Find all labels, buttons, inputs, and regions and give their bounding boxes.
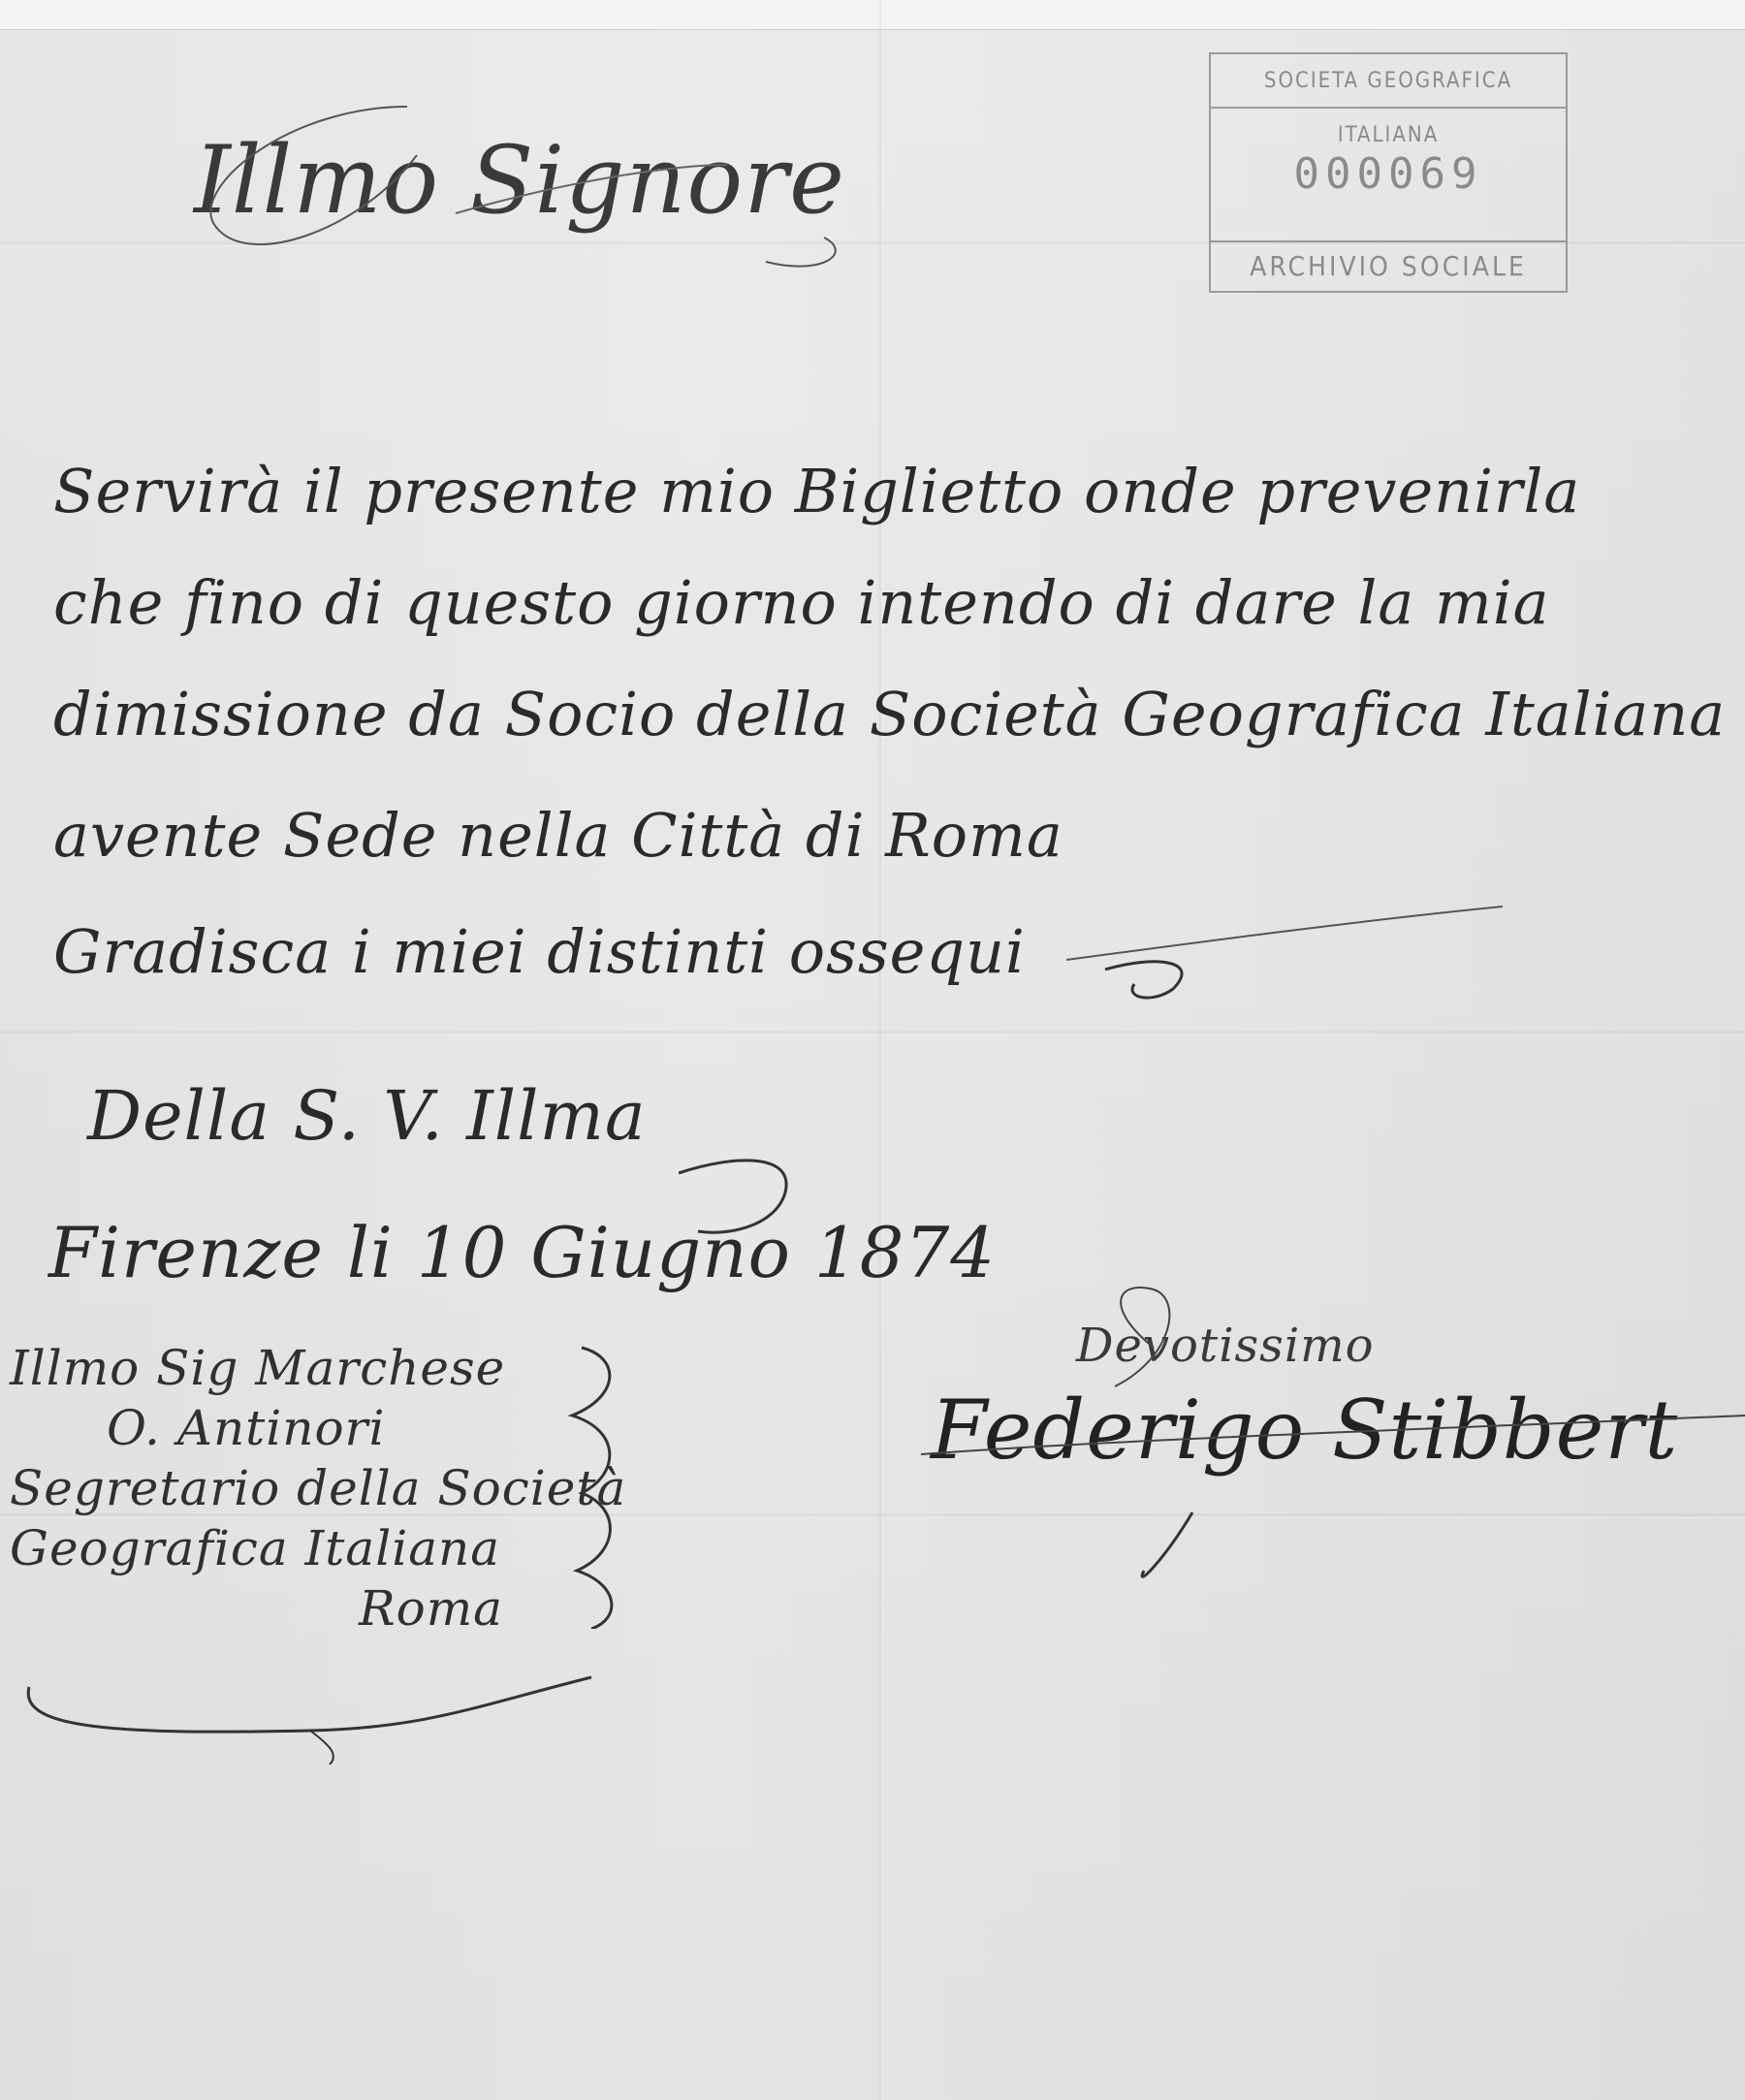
paper-top-edge (0, 0, 1745, 30)
address-underline-flourish-icon (19, 1648, 620, 1765)
salutation-flourish-icon (184, 68, 863, 301)
body-line-3: dimissione da Socio della Società Geogra… (53, 679, 1726, 749)
stamp-footer: ARCHIVIO SOCIALE (1211, 240, 1566, 291)
address-line-3: Segretario della Società (10, 1458, 553, 1518)
stamp-header: SOCIETA GEOGRAFICA ITALIANA (1211, 54, 1566, 109)
stamp-number: 000069 (1211, 109, 1566, 240)
fold-line (0, 1030, 1745, 1035)
address-line-1: Illmo Sig Marchese (10, 1338, 553, 1398)
signature-flourish-icon (921, 1270, 1745, 1600)
body-line-1: Servirà il presente mio Biglietto onde p… (53, 456, 1580, 526)
body-line-5: Gradisca i miei distinti ossequi (53, 916, 1026, 987)
address-brace-icon (553, 1338, 640, 1629)
archive-stamp: SOCIETA GEOGRAFICA ITALIANA 000069 ARCHI… (1209, 52, 1568, 293)
address-line-4: Geografica Italiana (10, 1518, 553, 1578)
address-line-5: Roma (10, 1578, 553, 1639)
address-line-2: O. Antinori (10, 1398, 553, 1458)
closing-flourish-icon (1066, 902, 1512, 1008)
place-date: Firenze li 10 Giugno 1874 (48, 1212, 996, 1293)
body-line-2: che fino di questo giorno intendo di dar… (53, 567, 1550, 638)
letter-sheet: SOCIETA GEOGRAFICA ITALIANA 000069 ARCHI… (0, 0, 1745, 2100)
recipient-address: Illmo Sig Marchese O. Antinori Segretari… (10, 1338, 553, 1639)
closing-swash-icon (679, 1134, 814, 1251)
body-line-4: avente Sede nella Città di Roma (53, 800, 1063, 871)
fold-line (877, 0, 883, 2100)
closing-line: Della S. V. Illma (87, 1076, 647, 1156)
